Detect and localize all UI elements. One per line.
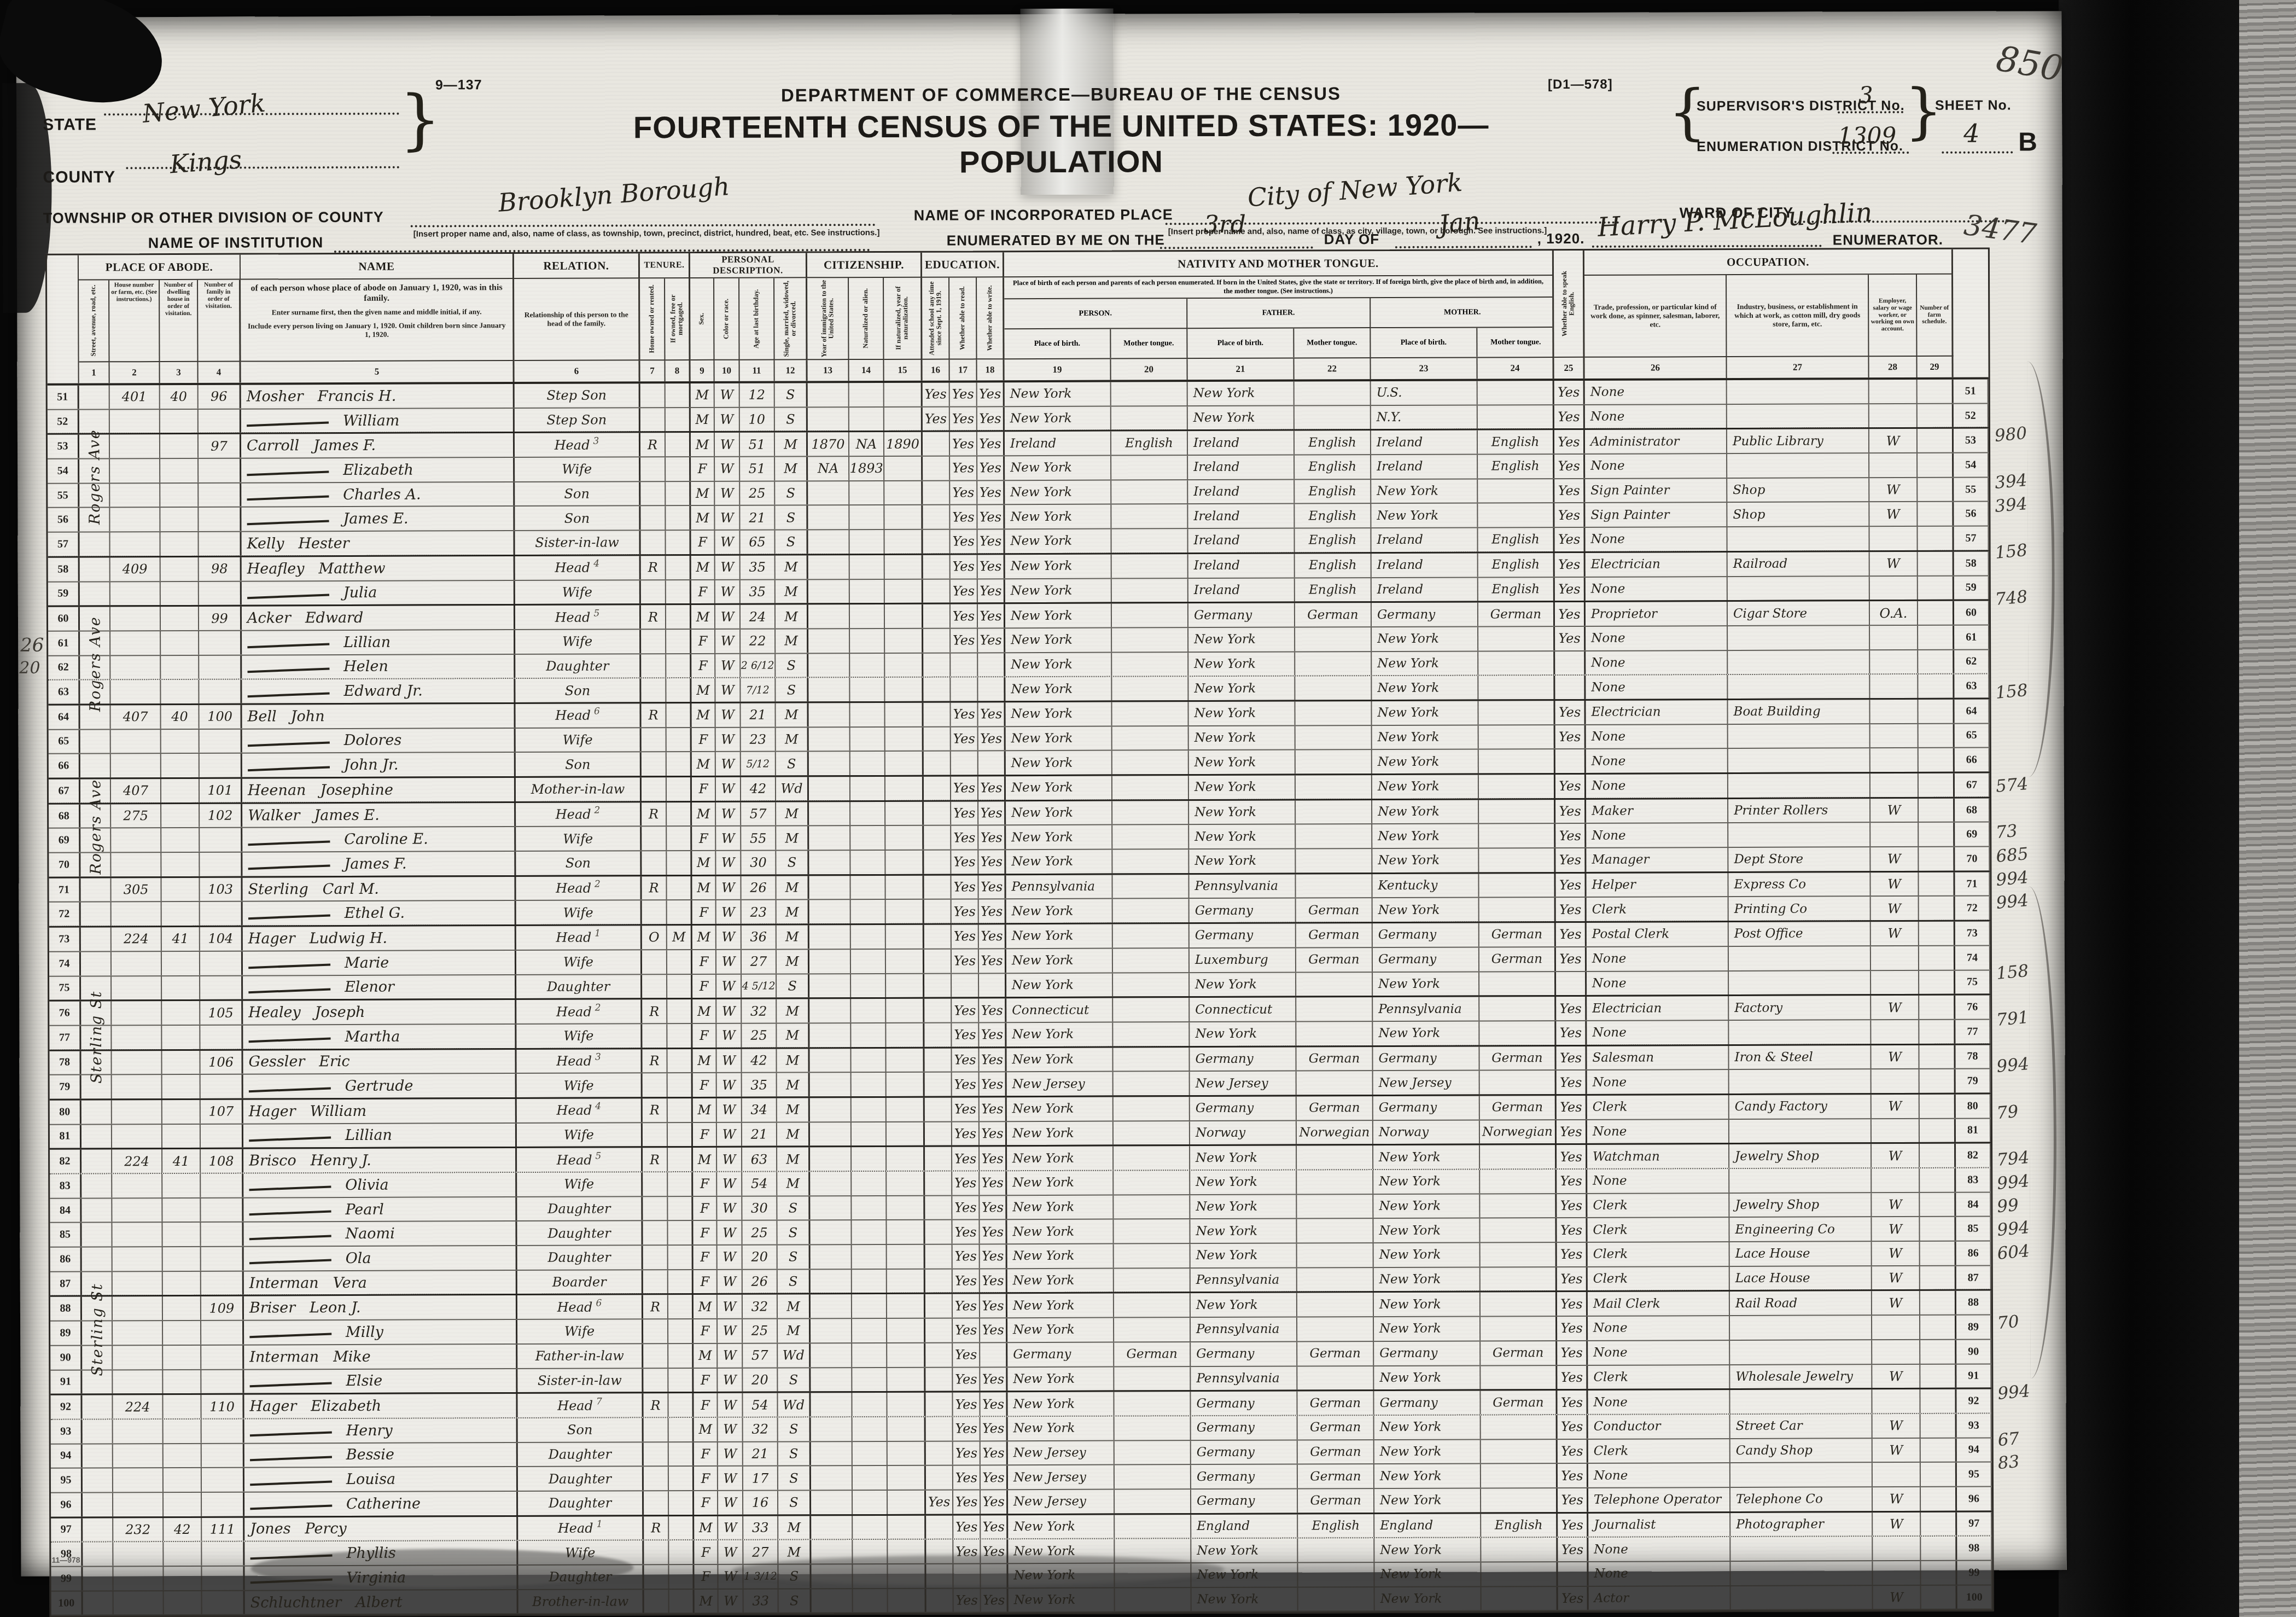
cell-nat bbox=[852, 1196, 887, 1220]
cell-natyr bbox=[885, 875, 924, 899]
cell-dw bbox=[164, 1493, 202, 1516]
cell-mmt bbox=[1481, 1464, 1558, 1487]
cell-fpob: Norway bbox=[1190, 1121, 1297, 1144]
col-number: 6 bbox=[515, 360, 640, 382]
cell-mar: M bbox=[777, 1148, 810, 1171]
cell-occ: None bbox=[1586, 675, 1728, 699]
cell-nat bbox=[853, 1441, 888, 1465]
place-label: NAME OF INCORPORATED PLACE bbox=[914, 206, 1173, 224]
cell-natyr bbox=[885, 851, 924, 874]
cell-sch bbox=[926, 1564, 953, 1588]
cell-rln: 62 bbox=[1954, 650, 1989, 673]
cell-race: W bbox=[718, 1467, 743, 1490]
cell-farm bbox=[1918, 404, 1954, 427]
col-number: 12 bbox=[775, 360, 808, 381]
cell-natyr bbox=[885, 604, 923, 628]
cell-write: Yes bbox=[977, 505, 1005, 529]
cell-fpob: Ireland bbox=[1188, 529, 1295, 552]
cell-race: W bbox=[718, 1418, 743, 1441]
cell-age: 25 bbox=[740, 481, 775, 505]
cell-rel: Wife bbox=[516, 1024, 642, 1048]
cell-age: 35 bbox=[741, 555, 776, 579]
township-line bbox=[411, 224, 876, 228]
col-number: 1 bbox=[79, 362, 110, 383]
cell-dw bbox=[161, 828, 200, 852]
cell-farm bbox=[1920, 1291, 1956, 1314]
cell-race: W bbox=[715, 605, 741, 629]
cell-farm bbox=[1919, 897, 1955, 920]
cell-race: W bbox=[718, 1246, 743, 1269]
cell-mpob: New York bbox=[1373, 1219, 1480, 1242]
cell-sex: F bbox=[693, 1122, 717, 1146]
cell-natyr bbox=[888, 1515, 926, 1539]
cell-rln: 75 bbox=[1955, 970, 1990, 994]
cell-fpob: Germany bbox=[1191, 1465, 1298, 1488]
cell-house bbox=[110, 582, 161, 606]
cell-mt bbox=[1112, 628, 1188, 652]
cell-mtg bbox=[666, 630, 691, 653]
cell-race: W bbox=[715, 383, 740, 407]
cell-ind: Candy Factory bbox=[1729, 1095, 1872, 1119]
cell-fmt bbox=[1298, 1538, 1374, 1562]
cell-age: 51 bbox=[740, 457, 775, 481]
cell-ln: 95 bbox=[51, 1469, 83, 1492]
cell-rel: Head1 bbox=[518, 1516, 644, 1540]
cell-house bbox=[111, 730, 161, 753]
cell-occ: None bbox=[1586, 577, 1728, 601]
cell-fmt bbox=[1296, 874, 1372, 898]
margin-note: 83 bbox=[1997, 1452, 2020, 1473]
cell-pob: New York bbox=[1006, 949, 1113, 972]
cell-ten: R bbox=[640, 433, 666, 457]
cell-farm bbox=[1920, 1069, 1956, 1093]
cell-ind bbox=[1729, 1168, 1872, 1193]
cell-mtg bbox=[666, 457, 691, 481]
cell-sch bbox=[925, 1172, 952, 1195]
cell-rln: 69 bbox=[1955, 823, 1990, 846]
cell-dw bbox=[162, 1124, 201, 1148]
cell-mar: Wd bbox=[778, 1393, 811, 1417]
cell-rel: Head6 bbox=[517, 1295, 643, 1319]
cell-write bbox=[978, 752, 1006, 775]
cell-ln: 99 bbox=[51, 1567, 83, 1591]
cell-dw bbox=[163, 1296, 201, 1320]
cell-sex: F bbox=[692, 777, 716, 801]
cell-fpob: Ireland bbox=[1188, 554, 1295, 577]
cell-rln: 94 bbox=[1957, 1438, 1992, 1462]
cell-mt bbox=[1113, 1022, 1190, 1046]
cell-rln: 93 bbox=[1957, 1414, 1992, 1437]
margin-scribble-enumerator: 3477 bbox=[1962, 209, 2038, 251]
cell-mar: S bbox=[778, 1564, 811, 1588]
cell-mmt bbox=[1481, 1488, 1558, 1512]
cell-name: SterlingCarl M. bbox=[242, 877, 516, 901]
cell-house bbox=[113, 1493, 164, 1516]
cell-mar: S bbox=[777, 1196, 810, 1220]
cell-natyr bbox=[885, 579, 923, 603]
cell-occ: None bbox=[1588, 1537, 1730, 1561]
margin-note: 73 bbox=[1995, 821, 2019, 842]
cell-eng: Yes bbox=[1558, 1439, 1588, 1463]
cell-rel: Daughter bbox=[517, 1246, 643, 1269]
cell-eng: Yes bbox=[1557, 1071, 1587, 1094]
cell-imm bbox=[808, 629, 850, 653]
cell-fmt bbox=[1296, 726, 1372, 749]
cell-pob: New York bbox=[1008, 1539, 1115, 1563]
cell-eng: Yes bbox=[1555, 725, 1586, 748]
cell-mpob: New York bbox=[1371, 504, 1478, 527]
cell-race: W bbox=[715, 506, 740, 530]
cell-rel: Head4 bbox=[517, 1098, 643, 1122]
cell-house bbox=[110, 484, 160, 507]
cell-rln: 54 bbox=[1954, 453, 1989, 477]
cell-eng: Yes bbox=[1556, 997, 1587, 1020]
cell-mt bbox=[1112, 751, 1189, 774]
cell-dw: 40 bbox=[160, 385, 199, 409]
cell-sex: M bbox=[691, 506, 715, 530]
cell-natyr bbox=[885, 703, 923, 726]
cell-imm bbox=[811, 1491, 853, 1514]
cell-dw bbox=[162, 1223, 201, 1246]
cell-write: Yes bbox=[977, 407, 1005, 431]
cell-imm bbox=[809, 728, 850, 751]
cell-sch bbox=[924, 851, 951, 874]
subgroup-person: PERSON. bbox=[1004, 299, 1187, 329]
cell-natyr bbox=[884, 481, 923, 504]
cell-age: 35 bbox=[741, 580, 776, 603]
cell-imm bbox=[810, 1122, 852, 1146]
cell-mmt bbox=[1480, 1218, 1557, 1242]
cell-sex: M bbox=[694, 1295, 718, 1318]
cell-natyr bbox=[888, 1466, 926, 1490]
cell-mtg bbox=[668, 1148, 693, 1171]
cell-mtg bbox=[666, 482, 691, 505]
cell-read: Yes bbox=[953, 1540, 981, 1563]
cell-rln: 78 bbox=[1955, 1045, 1990, 1068]
cell-sex: F bbox=[693, 1221, 717, 1244]
cell-dw bbox=[164, 1468, 202, 1492]
cell-read: Yes bbox=[951, 826, 978, 850]
left-brace: } bbox=[399, 82, 441, 158]
cell-mtg bbox=[667, 752, 692, 776]
cell-write: Yes bbox=[978, 776, 1006, 800]
cell-read bbox=[951, 752, 978, 775]
col-farm-schedule: Number of farm schedule. bbox=[1917, 275, 1953, 357]
cell-name: Virginia bbox=[244, 1566, 518, 1590]
cell-mtg bbox=[669, 1516, 694, 1540]
cell-rel: Son bbox=[515, 507, 640, 530]
cell-fpob: Ireland bbox=[1188, 480, 1295, 503]
cell-fmt: German bbox=[1298, 1489, 1374, 1513]
cell-sex: M bbox=[693, 1148, 717, 1171]
cell-ten: R bbox=[642, 876, 667, 900]
cell-street bbox=[83, 1591, 114, 1615]
cell-ln: 93 bbox=[51, 1420, 83, 1443]
cell-dw bbox=[161, 853, 200, 876]
cell-ind: Jewelry Shop bbox=[1729, 1193, 1872, 1217]
cell-mar: S bbox=[776, 654, 808, 677]
cell-rel: Head5 bbox=[515, 605, 641, 629]
cell-read: Yes bbox=[950, 382, 977, 406]
cell-nat bbox=[852, 1245, 887, 1269]
cell-ten bbox=[643, 1270, 668, 1294]
cell-pob: New York bbox=[1005, 628, 1112, 652]
col-mt-person: Mother tongue. bbox=[1111, 329, 1187, 358]
cell-cls bbox=[1873, 1463, 1921, 1486]
cell-nat bbox=[850, 802, 885, 825]
cell-race: W bbox=[718, 1393, 743, 1417]
cell-read: Yes bbox=[951, 579, 978, 603]
cell-farm bbox=[1919, 1045, 1955, 1068]
cell-write bbox=[978, 653, 1005, 677]
cell-name: Pearl bbox=[243, 1197, 517, 1222]
cell-ten bbox=[642, 901, 667, 924]
cell-cls bbox=[1870, 650, 1918, 674]
cell-mtg bbox=[667, 1024, 692, 1048]
cell-read: Yes bbox=[952, 1023, 979, 1046]
cell-natyr bbox=[887, 1245, 925, 1269]
cell-ten bbox=[642, 851, 667, 875]
cell-age: 42 bbox=[742, 1049, 777, 1072]
cell-ln: 70 bbox=[49, 853, 80, 877]
cell-rel: Daughter bbox=[517, 1222, 643, 1245]
cell-rln: 72 bbox=[1955, 897, 1990, 920]
cell-sex: M bbox=[691, 433, 715, 456]
cell-sch bbox=[925, 1245, 953, 1269]
cell-natyr bbox=[885, 653, 923, 677]
cell-name: BriserLeon J. bbox=[244, 1295, 517, 1319]
cell-fpob: Ireland bbox=[1188, 504, 1295, 528]
cell-eng: Yes bbox=[1555, 800, 1586, 823]
cell-rln: 87 bbox=[1956, 1266, 1991, 1289]
cell-cls: W bbox=[1871, 897, 1919, 920]
cell-name: JonesPercy bbox=[244, 1517, 518, 1541]
cell-rel: Daughter bbox=[515, 654, 641, 678]
cell-rln: 55 bbox=[1954, 478, 1989, 501]
cell-age: 32 bbox=[742, 999, 777, 1023]
cell-fpob: Pennsylvania bbox=[1191, 1268, 1297, 1292]
cell-rel: Wife bbox=[516, 728, 642, 752]
cell-pob: New York bbox=[1005, 382, 1111, 406]
cell-read: Yes bbox=[952, 1171, 980, 1195]
cell-read: Yes bbox=[953, 1417, 981, 1440]
cell-read: Yes bbox=[953, 1269, 980, 1293]
cell-rel: Son bbox=[516, 753, 642, 776]
cell-age: 55 bbox=[741, 827, 776, 850]
cell-dw: 42 bbox=[164, 1517, 202, 1541]
cell-mpob: New York bbox=[1372, 725, 1479, 749]
cell-cls bbox=[1871, 1020, 1919, 1044]
cell-mpob: New York bbox=[1373, 1170, 1480, 1193]
cell-mar: M bbox=[776, 827, 809, 850]
cell-fpob: Germany bbox=[1190, 1096, 1297, 1120]
cell-mt bbox=[1115, 1515, 1191, 1538]
cell-mtg bbox=[669, 1491, 694, 1515]
col-street: Street, avenue, road, etc. bbox=[79, 280, 109, 362]
cell-nat bbox=[852, 1294, 887, 1318]
cell-natyr bbox=[885, 629, 923, 653]
sheet-label: SHEET No. bbox=[1935, 97, 2012, 113]
cell-mpob: Ireland bbox=[1371, 528, 1478, 552]
cell-rln: 60 bbox=[1954, 601, 1989, 625]
cell-pob: New York bbox=[1009, 1588, 1115, 1612]
cell-race: W bbox=[716, 876, 741, 899]
cell-imm: 1870 bbox=[808, 432, 849, 456]
cell-age: 21 bbox=[740, 506, 775, 530]
cell-mmt bbox=[1478, 503, 1554, 527]
cell-nat bbox=[851, 1023, 886, 1047]
cell-dw: 41 bbox=[162, 1149, 201, 1173]
cell-mmt bbox=[1481, 1562, 1558, 1586]
cell-occ: None bbox=[1587, 1070, 1729, 1094]
cell-fpob: New York bbox=[1188, 701, 1295, 725]
cell-pob: New York bbox=[1005, 702, 1112, 726]
cell-mt: German bbox=[1114, 1342, 1191, 1366]
cell-mtg bbox=[667, 999, 692, 1023]
cell-mmt: English bbox=[1478, 578, 1555, 601]
cell-age: 25 bbox=[742, 1023, 777, 1047]
cell-occ: None bbox=[1586, 774, 1728, 798]
margin-note: 994 bbox=[1996, 1171, 2030, 1194]
cell-ln: 97 bbox=[51, 1518, 83, 1542]
cell-age: 16 bbox=[743, 1491, 778, 1514]
cell-eng: Yes bbox=[1557, 1317, 1588, 1340]
cell-natyr bbox=[885, 826, 924, 850]
cell-mt bbox=[1113, 924, 1190, 947]
cell-imm bbox=[808, 530, 849, 554]
cell-ten: R bbox=[643, 1295, 668, 1319]
cell-fam bbox=[199, 483, 241, 507]
cell-write: Yes bbox=[977, 481, 1005, 504]
cell-nat bbox=[852, 1368, 887, 1391]
cell-rln: 97 bbox=[1957, 1512, 1992, 1535]
cell-mt bbox=[1115, 1441, 1191, 1464]
cell-write: Yes bbox=[978, 702, 1005, 726]
cell-fam bbox=[201, 1198, 243, 1222]
cell-name: Naomi bbox=[243, 1222, 517, 1246]
cell-sex: F bbox=[694, 1467, 718, 1490]
sheet-letter: B bbox=[2018, 127, 2038, 157]
cell-mpob: New York bbox=[1373, 972, 1479, 996]
cell-pob: New York bbox=[1005, 579, 1112, 602]
cell-eng: Yes bbox=[1556, 1046, 1587, 1069]
cell-sex: F bbox=[691, 457, 715, 481]
cell-dw bbox=[161, 878, 200, 901]
cell-age: 22 bbox=[741, 629, 776, 653]
cell-fam bbox=[202, 1493, 244, 1516]
census-table: PLACE OF ABODE. NAME RELATION. TENURE. P… bbox=[45, 248, 1994, 1617]
cell-occ: Clerk bbox=[1587, 897, 1729, 921]
cell-dw bbox=[162, 976, 200, 999]
cell-occ: None bbox=[1588, 1316, 1730, 1340]
cell-ten: R bbox=[642, 1049, 667, 1073]
cell-farm bbox=[1918, 576, 1954, 600]
cell-fmt: German bbox=[1296, 948, 1373, 972]
cell-name: BellJohn bbox=[242, 704, 515, 728]
cell-fmt bbox=[1297, 1293, 1374, 1317]
cell-eng bbox=[1555, 676, 1586, 699]
cell-eng: Yes bbox=[1555, 553, 1586, 577]
cell-natyr bbox=[884, 457, 923, 480]
cell-mpob: Kentucky bbox=[1372, 874, 1479, 897]
cell-fmt bbox=[1296, 973, 1373, 996]
cell-dw bbox=[161, 754, 200, 777]
cell-eng: Yes bbox=[1556, 923, 1587, 946]
cell-imm bbox=[808, 654, 850, 677]
cell-ten bbox=[643, 1344, 668, 1368]
cell-sex: F bbox=[694, 1319, 718, 1343]
cell-dw bbox=[163, 1370, 201, 1393]
cell-sch bbox=[924, 875, 951, 899]
cell-dw bbox=[164, 1542, 202, 1566]
street-name: Rogers Ave bbox=[80, 570, 111, 757]
cell-natyr bbox=[886, 949, 924, 973]
cell-cls bbox=[1872, 1168, 1920, 1192]
cell-mpob: New York bbox=[1374, 1488, 1481, 1512]
cell-ind bbox=[1730, 1340, 1872, 1364]
cell-natyr bbox=[888, 1491, 926, 1514]
col-number: 29 bbox=[1917, 357, 1953, 377]
cell-imm bbox=[809, 1049, 851, 1072]
cell-nat bbox=[853, 1589, 888, 1613]
cell-mtg bbox=[669, 1540, 694, 1564]
cell-house bbox=[112, 1223, 162, 1246]
cell-ind bbox=[1728, 773, 1870, 798]
cell-fmt bbox=[1295, 676, 1372, 700]
cell-pob: New York bbox=[1006, 825, 1112, 849]
cell-sex: M bbox=[695, 1590, 719, 1613]
cell-fam bbox=[201, 1174, 243, 1197]
cell-eng: Yes bbox=[1555, 824, 1586, 847]
cell-write: Yes bbox=[980, 1097, 1007, 1121]
cell-pob: New York bbox=[1005, 406, 1111, 430]
enumeration-district-line bbox=[1832, 152, 1909, 154]
cell-rel: Head2 bbox=[516, 802, 642, 826]
cell-name: Lillian bbox=[243, 1124, 517, 1148]
cell-rel: Father-in-law bbox=[517, 1344, 643, 1368]
cell-name: HeenanJosephine bbox=[242, 778, 516, 802]
cell-mar: M bbox=[778, 1516, 811, 1539]
cell-house: 407 bbox=[110, 705, 161, 729]
margin-note: 994 bbox=[1997, 1381, 2031, 1404]
cell-natyr bbox=[887, 1343, 925, 1366]
cell-sex: F bbox=[691, 630, 715, 653]
cell-fpob: Pennsylvania bbox=[1191, 1318, 1297, 1341]
cell-write bbox=[978, 677, 1005, 701]
cell-sex: F bbox=[694, 1393, 718, 1417]
cell-cls bbox=[1869, 527, 1918, 550]
cell-mar: S bbox=[778, 1467, 811, 1490]
margin-note: 994 bbox=[1996, 1054, 2030, 1077]
cell-write: Yes bbox=[979, 900, 1006, 923]
cell-mar: M bbox=[777, 1172, 810, 1195]
cell-imm bbox=[811, 1343, 852, 1367]
cell-fpob: Germany bbox=[1191, 1416, 1298, 1439]
enumeration-district-value: 1309 bbox=[1838, 122, 1896, 149]
cell-natyr bbox=[887, 1098, 925, 1121]
enumerated-month-line bbox=[1395, 246, 1532, 248]
cell-natyr: 1890 bbox=[884, 432, 923, 456]
cell-nat bbox=[850, 752, 885, 775]
cell-rel: Step Son bbox=[515, 408, 640, 432]
cell-name: Ethel G. bbox=[243, 901, 516, 925]
cell-pob: New York bbox=[1005, 604, 1112, 627]
cell-occ: None bbox=[1585, 380, 1727, 404]
cell-mmt bbox=[1478, 652, 1555, 675]
cell-natyr bbox=[887, 1122, 925, 1145]
cell-ten: R bbox=[642, 802, 667, 826]
cell-ind bbox=[1728, 674, 1870, 699]
